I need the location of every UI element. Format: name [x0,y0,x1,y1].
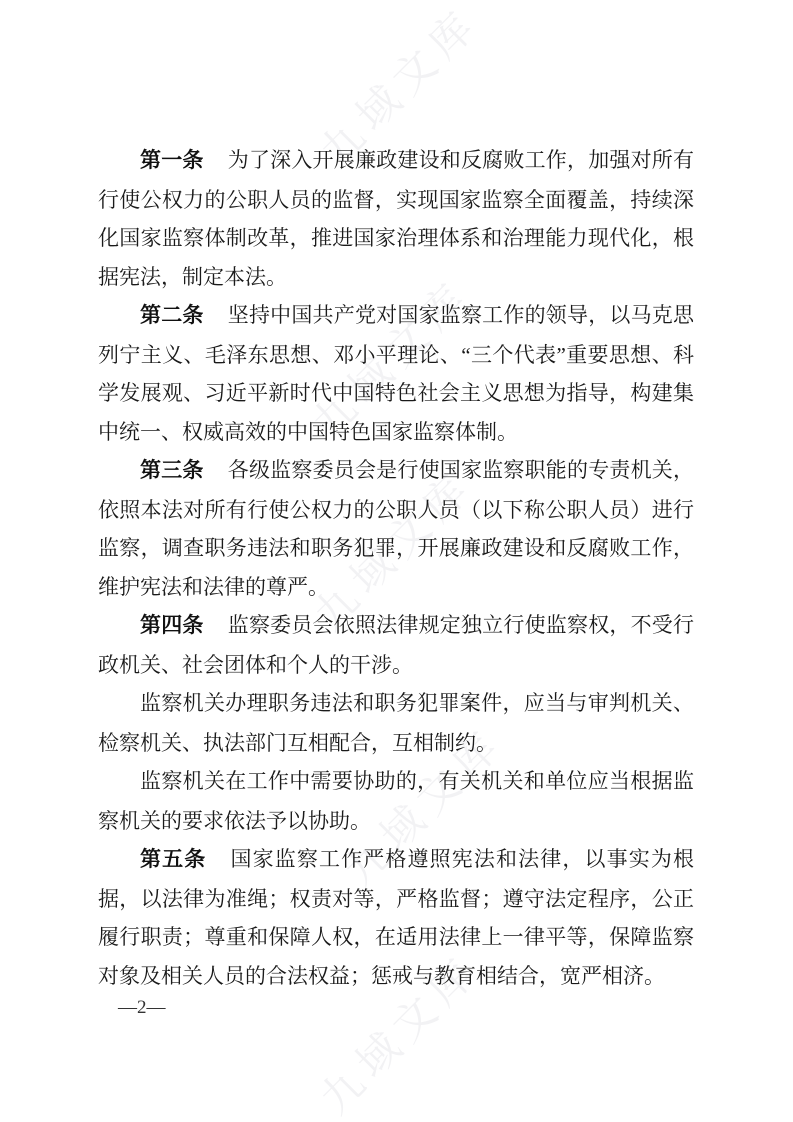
paragraph-article-4-clause-3: 监察机关在工作中需要协助的，有关机关和单位应当根据监察机关的要求依法予以协助。 [98,762,694,840]
paragraph-article-1: 第一条为了深入开展廉政建设和反腐败工作，加强对所有行使公权力的公职人员的监督，实… [98,141,694,296]
paragraph-article-4: 第四条监察委员会依照法律规定独立行使监察权，不受行政机关、社会团体和个人的干涉。 [98,606,694,684]
article-text: 监察机关办理职务违法和职务犯罪案件，应当与审判机关、检察机关、执法部门互相配合，… [98,691,694,755]
article-label: 第五条 [140,848,206,871]
document-body: 第一条为了深入开展廉政建设和反腐败工作，加强对所有行使公权力的公职人员的监督，实… [98,141,694,995]
document-page: 九域文库 九域文库 九域文库 九域文库 九域文库 第一条为了深入开展廉政建设和反… [0,0,793,1122]
article-label: 第四条 [140,614,204,637]
paragraph-article-3: 第三条各级监察委员会是行使国家监察职能的专责机关，依照本法对所有行使公权力的公职… [98,451,694,606]
paragraph-article-5: 第五条国家监察工作严格遵照宪法和法律，以事实为根据，以法律为准绳；权责对等，严格… [98,840,694,995]
article-label: 第一条 [140,149,204,172]
paragraph-article-2: 第二条坚持中国共产党对国家监察工作的领导，以马克思列宁主义、毛泽东思想、邓小平理… [98,296,694,451]
article-label: 第二条 [140,304,204,327]
page-number: —2— [118,997,166,1019]
article-text: 监察机关在工作中需要协助的，有关机关和单位应当根据监察机关的要求依法予以协助。 [98,769,694,833]
paragraph-article-4-clause-2: 监察机关办理职务违法和职务犯罪案件，应当与审判机关、检察机关、执法部门互相配合，… [98,684,694,762]
article-label: 第三条 [140,459,204,482]
